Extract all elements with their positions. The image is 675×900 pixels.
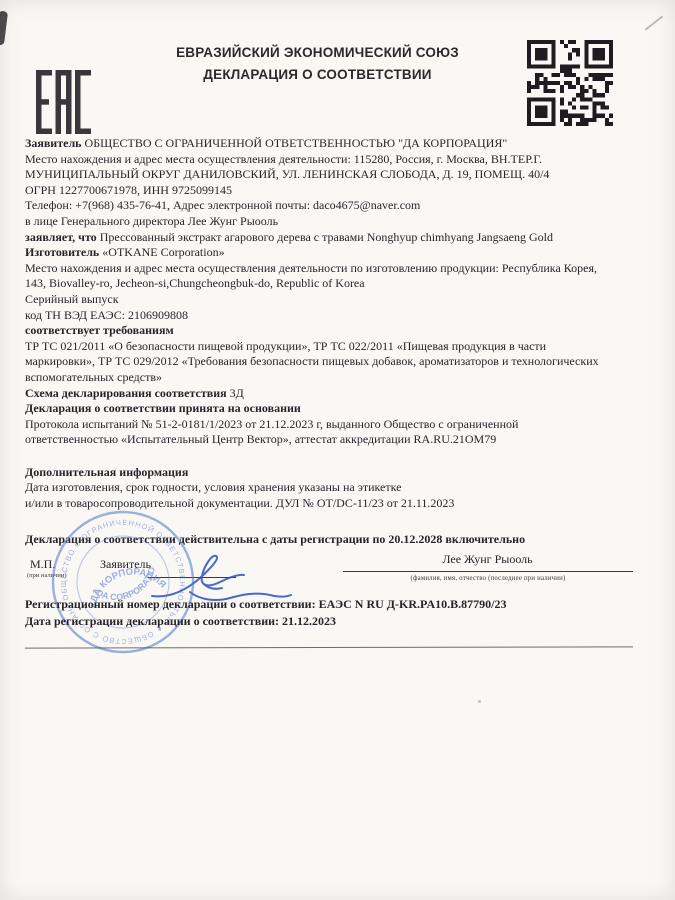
registration-block: Регистрационный номер декларации о соотв…: [25, 596, 640, 630]
doc-line: Регистрационный номер декларации о соотв…: [25, 596, 640, 613]
doc-line: 143, Biovalley-ro, Jecheon-si,Chungcheon…: [25, 276, 640, 292]
declaration-document-page: ЕВРАЗИЙСКИЙ ЭКОНОМИЧЕСКИЙ СОЮЗ ДЕКЛАРАЦИ…: [0, 0, 675, 900]
doc-line-segment: ОГРН 1227700671978, ИНН 9725099145: [25, 183, 232, 197]
doc-line-segment: Протокола испытаний № 51-2-0181/1/2023 о…: [25, 417, 518, 431]
doc-line-segment: Телефон: +7(968) 435-76-41, Адрес электр…: [25, 198, 420, 212]
bottom-rule: [25, 646, 633, 648]
signatory-name-line: [343, 571, 633, 572]
doc-line: в лице Генерального директора Лее Жунг Р…: [25, 214, 640, 230]
doc-line-segment: Декларация о соответствии принята на осн…: [25, 401, 301, 415]
signatory-name: Лее Жунг Рыооль: [345, 552, 630, 567]
doc-line: Заявитель ОБЩЕСТВО С ОГРАНИЧЕННОЙ ОТВЕТС…: [25, 136, 640, 152]
doc-line-segment: в лице Генерального директора Лее Жунг Р…: [25, 214, 278, 228]
doc-line: Декларация о соответствии принята на осн…: [25, 401, 640, 417]
doc-line: Место нахождения и адрес места осуществл…: [25, 152, 640, 168]
doc-line-segment: вспомогательных средств»: [25, 370, 162, 384]
doc-line: маркировки», ТР ТС 029/2012 «Требования …: [25, 354, 640, 370]
qr-code: [527, 40, 613, 126]
doc-line-segment: ОБЩЕСТВО С ОГРАНИЧЕННОЙ ОТВЕТСТВЕННОСТЬЮ…: [85, 136, 508, 150]
doc-line-segment: маркировки», ТР ТС 029/2012 «Требования …: [25, 354, 599, 368]
doc-line-segment: «OTKANE Corporation»: [102, 245, 224, 259]
doc-line-segment: ТР ТС 021/2011 «О безопасности пищевой п…: [25, 339, 546, 353]
doc-line: код ТН ВЭД ЕАЭС: 2106909808: [25, 308, 640, 324]
document-body: Заявитель ОБЩЕСТВО С ОГРАНИЧЕННОЙ ОТВЕТС…: [25, 136, 640, 547]
doc-line: Протокола испытаний № 51-2-0181/1/2023 о…: [25, 417, 640, 433]
doc-line-segment: Прессованный экстракт агарового дерева с…: [100, 230, 553, 244]
doc-line-segment: заявляет, что: [25, 230, 100, 244]
doc-line-segment: МУНИЦИПАЛЬНЫЙ ОКРУГ ДАНИЛОВСКИЙ, УЛ. ЛЕН…: [25, 167, 549, 181]
doc-line-segment: Серийный выпуск: [25, 292, 119, 306]
doc-line: вспомогательных средств»: [25, 370, 640, 386]
doc-line-segment: Дата регистрации декларации о соответств…: [25, 614, 336, 628]
doc-line-segment: код ТН ВЭД ЕАЭС: 2106909808: [25, 308, 188, 322]
doc-line: ответственностью «Испытательный Центр Ве…: [25, 432, 640, 448]
doc-line: Место нахождения и адрес места осуществл…: [25, 261, 640, 277]
doc-line: заявляет, что Прессованный экстракт агар…: [25, 230, 640, 246]
doc-line: ТР ТС 021/2011 «О безопасности пищевой п…: [25, 339, 640, 355]
signatory-caption: (фамилия, имя, отчество (последнее при н…: [343, 575, 633, 582]
doc-line-segment: Заявитель: [25, 136, 85, 150]
doc-line-segment: Регистрационный номер декларации о соотв…: [25, 597, 506, 611]
doc-line-segment: соответствует требованиям: [25, 323, 174, 337]
scan-artifact-top-right: [645, 15, 664, 30]
doc-line-segment: Место нахождения и адрес места осуществл…: [25, 152, 542, 166]
doc-line-segment: Схема декларирования соответствия: [25, 386, 230, 400]
doc-line: Телефон: +7(968) 435-76-41, Адрес электр…: [25, 198, 640, 214]
doc-line: Изготовитель «OTKANE Corporation»: [25, 245, 640, 261]
scan-artifact-speck: [478, 700, 481, 703]
doc-line-segment: Место нахождения и адрес места осуществл…: [25, 261, 597, 275]
doc-line: Серийный выпуск: [25, 292, 640, 308]
doc-line-segment: ответственностью «Испытательный Центр Ве…: [25, 432, 496, 446]
doc-line: Схема декларирования соответствия 3Д: [25, 386, 640, 402]
doc-line-segment: 3Д: [230, 386, 244, 400]
doc-line: Дополнительная информация: [25, 465, 640, 481]
doc-line-segment: и/или в товаросопроводительной документа…: [25, 496, 454, 510]
doc-line-segment: Изготовитель: [25, 245, 102, 259]
doc-line: Дата регистрации декларации о соответств…: [25, 613, 640, 630]
doc-line-segment: Дополнительная информация: [25, 465, 188, 479]
doc-line: Дата изготовления, срок годности, услови…: [25, 480, 640, 496]
doc-line: соответствует требованиям: [25, 323, 640, 339]
scan-artifact-left-edge: [0, 11, 8, 46]
doc-line-segment: Дата изготовления, срок годности, услови…: [25, 480, 401, 494]
doc-line: МУНИЦИПАЛЬНЫЙ ОКРУГ ДАНИЛОВСКИЙ, УЛ. ЛЕН…: [25, 167, 640, 183]
doc-line-segment: 143, Biovalley-ro, Jecheon-si,Chungcheon…: [25, 276, 365, 290]
doc-line: ОГРН 1227700671978, ИНН 9725099145: [25, 183, 640, 199]
